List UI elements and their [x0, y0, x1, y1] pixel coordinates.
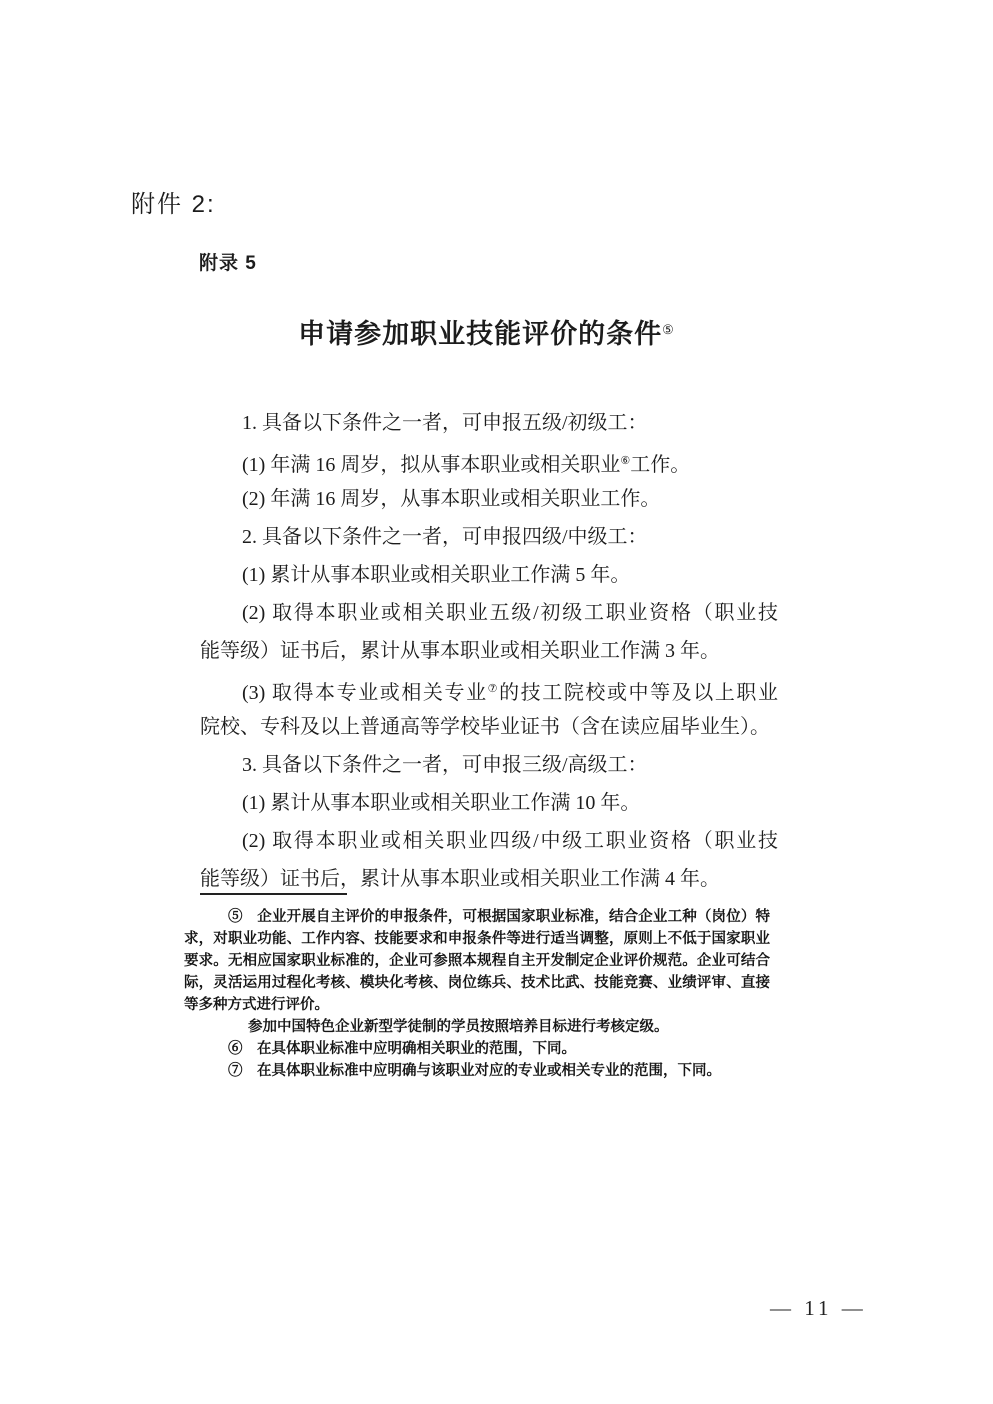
body-line: 1. 具备以下条件之一者，可申报五级/初级工：	[200, 404, 778, 442]
body-line: (3) 取得本专业或相关专业⑦的技工院校或中等及以上职业	[200, 670, 778, 708]
footnotes: ⑤ 企业开展自主评价的申报条件，可根据国家职业标准，结合企业工种（岗位）特殊要求…	[184, 906, 770, 1082]
document-title: 申请参加职业技能评价的条件⑤	[180, 312, 792, 351]
body-line: 能等级）证书后，累计从事本职业或相关职业工作满 3 年。	[200, 632, 778, 670]
body-line: (2) 取得本职业或相关职业五级/初级工职业资格（职业技	[200, 594, 778, 632]
footnote-line: ⑤ 企业开展自主评价的申报条件，可根据国家职业标准，结合企业工种（岗位）特殊要	[184, 906, 770, 928]
document-page: 附件 2: 附录 5 申请参加职业技能评价的条件⑤ 1. 具备以下条件之一者，可…	[0, 0, 993, 1404]
body-line: 2. 具备以下条件之一者，可申报四级/中级工：	[200, 518, 778, 556]
footnote-line: 等多种方式进行评价。	[184, 994, 770, 1016]
footnote-line: ⑦ 在具体职业标准中应明确与该职业对应的专业或相关专业的范围，下同。	[184, 1060, 770, 1082]
appendix-label: 附录 5	[199, 248, 257, 275]
body-line: (1) 累计从事本职业或相关职业工作满 10 年。	[200, 784, 778, 822]
body-text: 1. 具备以下条件之一者，可申报五级/初级工：(1) 年满 16 周岁，拟从事本…	[200, 404, 778, 898]
footnote-line: 要求。无相应国家职业标准的，企业可参照本规程自主开发制定企业评价规范。企业可结合…	[184, 950, 770, 972]
body-line: (1) 年满 16 周岁，拟从事本职业或相关职业⑥工作。	[200, 442, 778, 480]
body-line: (2) 年满 16 周岁，从事本职业或相关职业工作。	[200, 480, 778, 518]
footnote-line: ⑥ 在具体职业标准中应明确相关职业的范围，下同。	[184, 1038, 770, 1060]
body-line: (2) 取得本职业或相关职业四级/中级工职业资格（职业技	[200, 822, 778, 860]
footnote-line: 参加中国特色企业新型学徒制的学员按照培养目标进行考核定级。	[184, 1016, 770, 1038]
footnote-line: 际，灵活运用过程化考核、模块化考核、岗位练兵、技术比武、技能竞赛、业绩评审、直接…	[184, 972, 770, 994]
body-line: (1) 累计从事本职业或相关职业工作满 5 年。	[200, 556, 778, 594]
page-number: — 11 —	[770, 1296, 867, 1321]
attachment-label: 附件 2:	[131, 184, 216, 219]
body-line: 3. 具备以下条件之一者，可申报三级/高级工：	[200, 746, 778, 784]
footnote-line: 求，对职业功能、工作内容、技能要求和申报条件等进行适当调整，原则上不低于国家职业…	[184, 928, 770, 950]
body-line: 院校、专科及以上普通高等学校毕业证书（含在读应届毕业生）。	[200, 708, 778, 746]
footnote-separator	[200, 893, 347, 895]
